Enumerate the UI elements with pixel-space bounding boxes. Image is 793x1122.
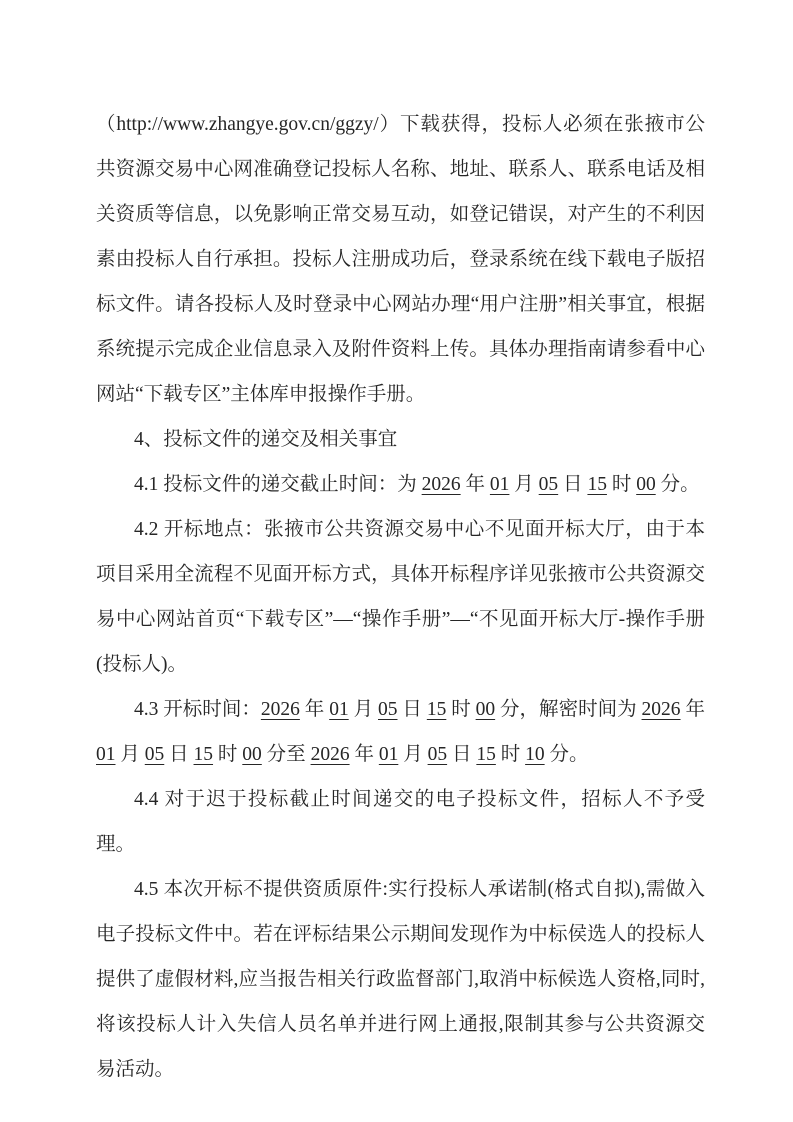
- underlined-text-segment: 00: [636, 474, 656, 495]
- text-segment: 月: [116, 744, 145, 765]
- text-segment: 4、投标文件的递交及相关事宜: [134, 429, 397, 450]
- paragraph: 4.4 对于迟于投标截止时间递交的电子投标文件，招标人不予受理。: [96, 777, 705, 867]
- underlined-text-segment: 15: [476, 744, 496, 765]
- text-segment: 年: [350, 744, 379, 765]
- text-segment: 月: [349, 699, 378, 720]
- text-segment: 月: [398, 744, 427, 765]
- text-segment: 年: [461, 474, 490, 495]
- text-segment: 分，解密时间为: [495, 699, 641, 720]
- underlined-text-segment: 2026: [261, 699, 300, 720]
- text-segment: 4.5 本次开标不提供资质原件:实行投标人承诺制(格式自拟),需做入电子投标文件…: [96, 879, 705, 1080]
- underlined-text-segment: 2026: [642, 699, 681, 720]
- document-body: （http://www.zhangye.gov.cn/ggzy/）下载获得，投标…: [0, 0, 793, 1092]
- paragraph: 4.3 开标时间：2026 年 01 月 05 日 15 时 00 分，解密时间…: [96, 687, 705, 777]
- underlined-text-segment: 10: [525, 744, 545, 765]
- text-segment: 4.3 开标时间：: [134, 699, 261, 720]
- text-segment: 时: [496, 744, 525, 765]
- underlined-text-segment: 15: [587, 474, 607, 495]
- paragraph: 4.5 本次开标不提供资质原件:实行投标人承诺制(格式自拟),需做入电子投标文件…: [96, 867, 705, 1092]
- text-segment: 时: [446, 699, 475, 720]
- text-segment: 4.4 对于迟于投标截止时间递交的电子投标文件，招标人不予受理。: [96, 789, 705, 855]
- text-segment: （http://www.zhangye.gov.cn/ggzy/）下载获得，投标…: [96, 114, 705, 405]
- text-segment: 年: [300, 699, 329, 720]
- underlined-text-segment: 01: [96, 744, 116, 765]
- underlined-text-segment: 05: [539, 474, 559, 495]
- text-segment: 分至: [262, 744, 311, 765]
- document-page: （http://www.zhangye.gov.cn/ggzy/）下载获得，投标…: [0, 0, 793, 1122]
- underlined-text-segment: 15: [194, 744, 214, 765]
- underlined-text-segment: 00: [476, 699, 496, 720]
- text-segment: 日: [447, 744, 476, 765]
- text-segment: 分。: [545, 744, 589, 765]
- underlined-text-segment: 05: [428, 744, 448, 765]
- underlined-text-segment: 01: [379, 744, 399, 765]
- underlined-text-segment: 05: [378, 699, 398, 720]
- paragraph: 4、投标文件的递交及相关事宜: [96, 417, 705, 462]
- paragraph: 4.1 投标文件的递交截止时间：为 2026 年 01 月 05 日 15 时 …: [96, 462, 705, 507]
- text-segment: 日: [164, 744, 193, 765]
- underlined-text-segment: 05: [145, 744, 165, 765]
- text-segment: 时: [607, 474, 636, 495]
- text-segment: 4.1 投标文件的递交截止时间：为: [134, 474, 422, 495]
- underlined-text-segment: 01: [329, 699, 349, 720]
- text-segment: 4.2 开标地点：张掖市公共资源交易中心不见面开标大厅，由于本项目采用全流程不见…: [96, 519, 705, 675]
- text-segment: 月: [509, 474, 538, 495]
- paragraph: 4.2 开标地点：张掖市公共资源交易中心不见面开标大厅，由于本项目采用全流程不见…: [96, 507, 705, 687]
- text-segment: 日: [398, 699, 427, 720]
- underlined-text-segment: 2026: [422, 474, 461, 495]
- text-segment: 年: [681, 699, 705, 720]
- underlined-text-segment: 00: [242, 744, 262, 765]
- underlined-text-segment: 15: [427, 699, 447, 720]
- text-segment: 时: [213, 744, 242, 765]
- paragraph: （http://www.zhangye.gov.cn/ggzy/）下载获得，投标…: [96, 102, 705, 417]
- text-segment: 分。: [656, 474, 700, 495]
- underlined-text-segment: 01: [490, 474, 510, 495]
- underlined-text-segment: 2026: [311, 744, 350, 765]
- text-segment: 日: [558, 474, 587, 495]
